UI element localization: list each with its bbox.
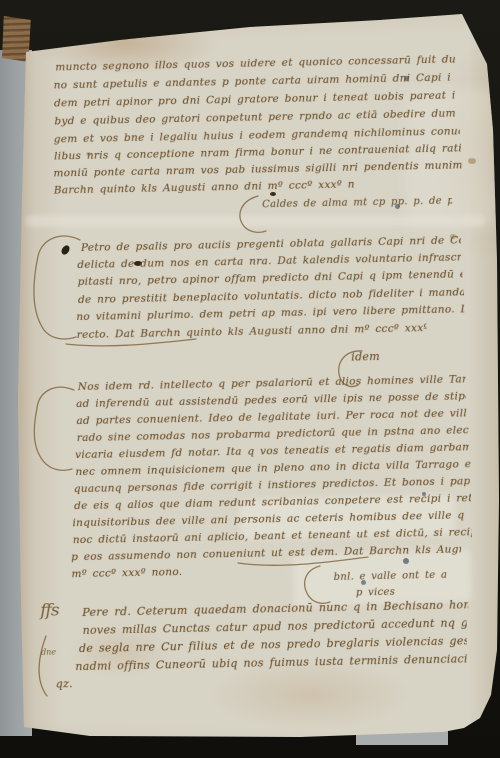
- annotation-line: p vices: [356, 585, 416, 600]
- idem-heading: idem: [351, 349, 411, 364]
- paragraph-2: Petro de psalis pro auciis pregenti obla…: [0, 0, 492, 1]
- manuscript-line: mº cccº xxxº nono.: [71, 566, 181, 582]
- manuscript-line: nadmi offins Cuneorū ubiq nos fuimus ius…: [75, 652, 467, 674]
- annotation-1: Caldes de alma mt cp pp. p. de prepos ap…: [262, 194, 452, 212]
- paragraph-1: muncto segnono illos quos vos uidere et …: [0, 0, 492, 1]
- paragraph-3: Nos idem rd. intellecto q per psalariorū…: [0, 0, 492, 1]
- manuscript-line: Barchn quinto kls Augusti anno dni mº cc…: [54, 178, 354, 198]
- manuscript-page: muncto segnono illos quos vos uidere et …: [0, 0, 500, 758]
- manuscript-line: recto. Dat Barchn quinto kls Augusti ann…: [77, 322, 427, 343]
- margin-initial: ffs: [40, 600, 59, 620]
- paragraph-4: Pere rd. Ceterum quaedam donacionū nunc …: [0, 0, 492, 1]
- manuscript-line: qz.: [56, 676, 116, 691]
- annotation-line: bnl. e valle ont te a: [333, 568, 483, 585]
- handwritten-text: muncto segnono illos quos vos uidere et …: [0, 0, 500, 758]
- annotation-2: bnl. e valle ont te a p vices: [0, 0, 492, 1]
- manuscript-photo: muncto segnono illos quos vos uidere et …: [0, 0, 500, 758]
- margin-note: dne: [41, 648, 56, 657]
